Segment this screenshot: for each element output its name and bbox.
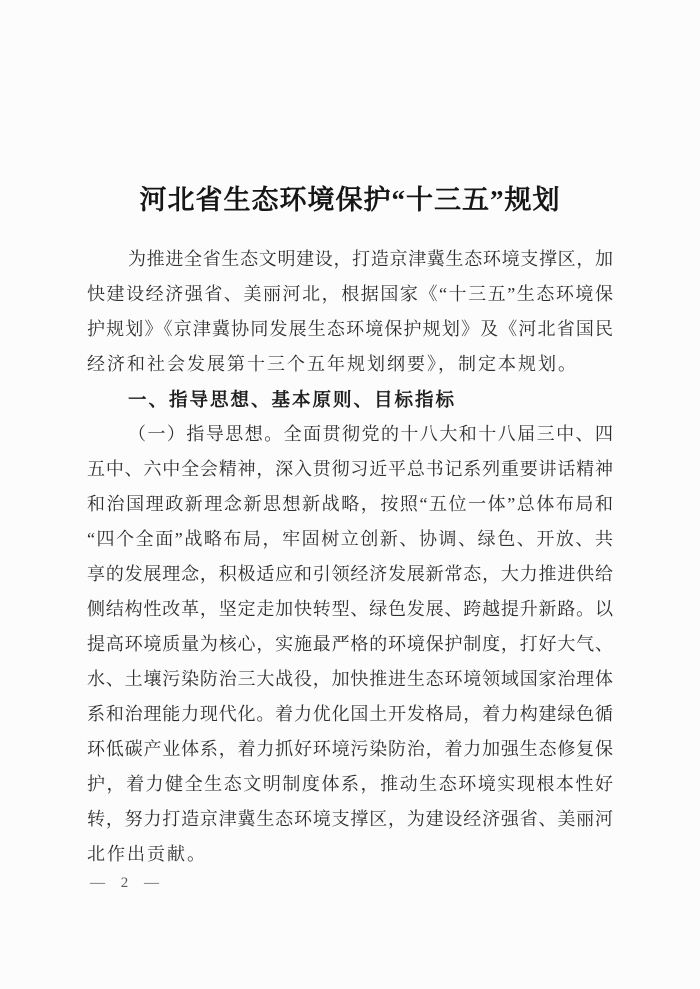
text-line: 和治国理政新理念新思想新战略，按照“五位一体”总体布局和: [87, 487, 613, 522]
document-page: 河北省生态环境保护“十三五”规划 为推进全省生态文明建设，打造京津冀生态环境支撑…: [0, 0, 700, 989]
document-title: 河北省生态环境保护“十三五”规划: [12, 182, 688, 218]
page-number: — 2 —: [90, 872, 165, 894]
text-line: 护规划》《京津冀协同发展生态环境保护规划》及《河北省国民: [87, 312, 613, 347]
paragraph-last-line: 经济和社会发展第十三个五年规划纲要》，制定本规划。: [87, 347, 613, 382]
text-line: 享的发展理念，积极适应和引领经济发展新常态，大力推进供给: [87, 557, 613, 592]
paragraph-last-line: 北作出贡献。: [87, 837, 613, 872]
text-line: 转，努力打造京津冀生态环境支撑区，为建设经济强省、美丽河: [87, 802, 613, 837]
text-line: 系和治理能力现代化。着力优化国土开发格局，着力构建绿色循: [87, 697, 613, 732]
text-line: “四个全面”战略布局，牢固树立创新、协调、绿色、开放、共: [87, 522, 613, 557]
text-line: 环低碳产业体系，着力抓好环境污染防治，着力加强生态修复保: [87, 732, 613, 767]
section-heading: 一、指导思想、基本原则、目标指标: [87, 382, 613, 417]
text-line: 水、土壤污染防治三大战役，加快推进生态环境领域国家治理体: [87, 662, 613, 697]
text-line: 五中、六中全会精神，深入贯彻习近平总书记系列重要讲话精神: [87, 452, 613, 487]
document-body: 为推进全省生态文明建设，打造京津冀生态环境支撑区，加 快建设经济强省、美丽河北，…: [87, 242, 613, 872]
text-line: 侧结构性改革，坚定走加快转型、绿色发展、跨越提升新路。以: [87, 592, 613, 627]
paragraph-first-line: 为推进全省生态文明建设，打造京津冀生态环境支撑区，加: [87, 242, 613, 277]
paragraph-first-line: （一）指导思想。全面贯彻党的十八大和十八届三中、四中、: [87, 417, 613, 452]
text-line: 护，着力健全生态文明制度体系，推动生态环境实现根本性好: [87, 767, 613, 802]
text-line: 提高环境质量为核心，实施最严格的环境保护制度，打好大气、: [87, 627, 613, 662]
text-line: 快建设经济强省、美丽河北，根据国家《“十三五”生态环境保: [87, 277, 613, 312]
